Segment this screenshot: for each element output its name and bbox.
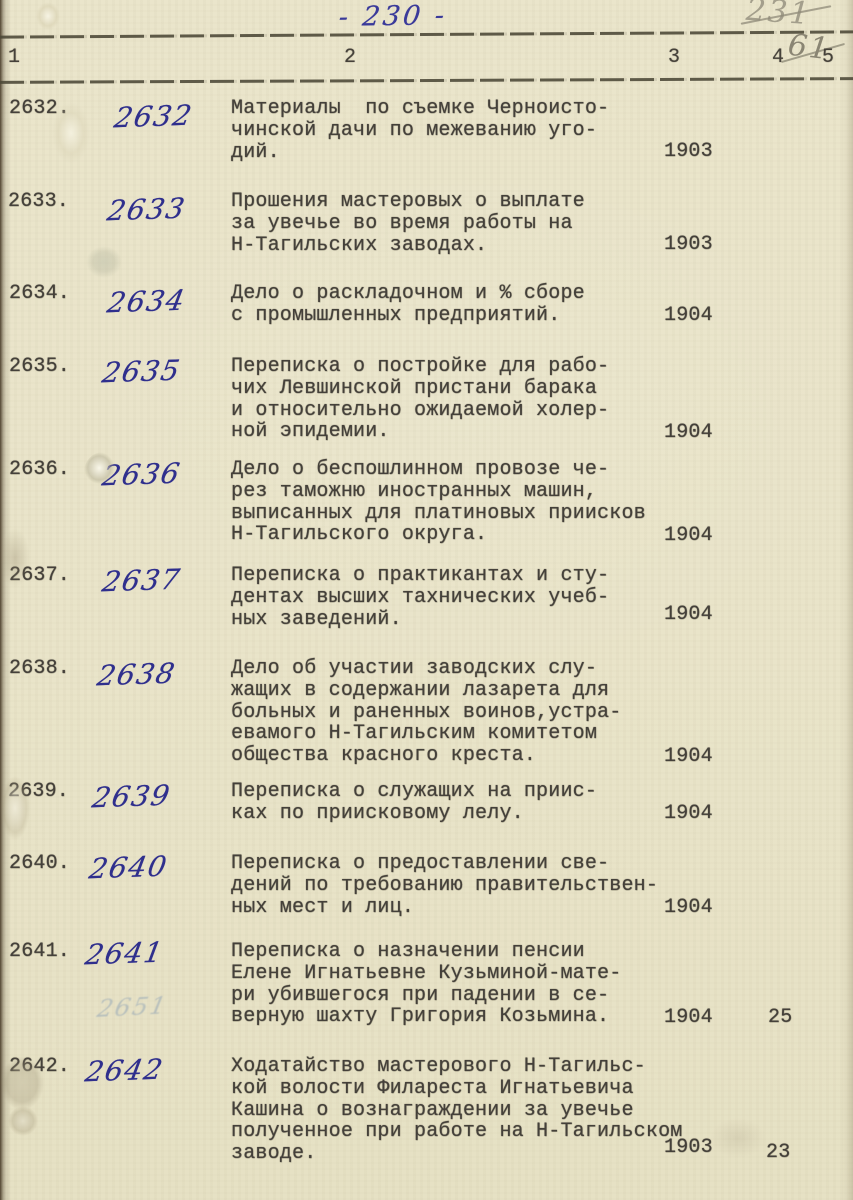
paper-stain — [710, 1118, 766, 1158]
entry-description: Дело об участии заводских слу- жащих в с… — [231, 658, 621, 767]
entry-year: 1904 — [664, 746, 713, 768]
entry-year: 1904 — [664, 525, 713, 547]
entry-extra-number: 25 — [768, 1007, 792, 1029]
entry-description: Переписка о предоставлении све- дений по… — [231, 853, 658, 918]
entry-year: 1903 — [664, 141, 713, 163]
entry-number-handwritten: 2636 — [100, 457, 184, 493]
entry-number-typed: 2634. — [9, 283, 70, 305]
entry-description: Переписка о назначении пенсии Елене Игна… — [231, 941, 621, 1028]
entry-description: Дело о беспошлинном провозе че- рез тамо… — [231, 459, 646, 546]
entry-number-typed: 2641. — [9, 941, 70, 963]
entry-description: Дело о раскладочном и % сборе с промышле… — [231, 283, 585, 327]
column-header-1: 1 — [8, 46, 20, 69]
entry-number-handwritten: 2641 — [83, 936, 167, 972]
entry-number-typed: 2637. — [9, 565, 70, 587]
entry-number-handwritten: 2639 — [90, 779, 174, 815]
entry-year: 1903 — [664, 1137, 713, 1159]
entry-description: Переписка о постройке для рабо- чих Левш… — [231, 356, 609, 443]
column-header-5: 5 — [822, 46, 834, 69]
entry-year: 1904 — [664, 1007, 713, 1029]
entry-number-typed: 2633. — [8, 191, 69, 213]
entry-number-typed: 2636. — [9, 459, 70, 481]
entry-number-typed: 2635. — [9, 356, 70, 378]
entry-number-handwritten: 2633 — [105, 192, 189, 228]
entry-year: 1904 — [664, 422, 713, 444]
entry-number-handwritten: 2642 — [83, 1053, 167, 1089]
entry-number-handwritten: 2640 — [87, 850, 171, 886]
scanned-inventory-page: - 230 - 231 61 1 2 3 4 5 2632. 2632 Мате… — [0, 0, 853, 1200]
column-header-4: 4 — [772, 46, 784, 69]
entry-extra-number: 23 — [766, 1142, 790, 1164]
entry-number-typed: 2632. — [9, 98, 70, 120]
entry-number-handwritten: 2634 — [105, 284, 189, 320]
entry-year: 1904 — [664, 604, 713, 626]
entry-description: Переписка о практикантах и сту- дентах в… — [231, 565, 609, 630]
page-number-handwritten: - 230 - — [306, 0, 480, 33]
ghost-bleedthrough-number: 2651 — [95, 991, 170, 1023]
paper-stain — [8, 1106, 38, 1136]
ruled-line-top — [0, 30, 853, 38]
entry-year: 1903 — [664, 234, 713, 256]
entry-number-handwritten: 2635 — [100, 354, 184, 390]
entry-number-handwritten: 2638 — [95, 657, 179, 693]
entry-number-typed: 2639. — [8, 781, 69, 803]
entry-number-typed: 2638. — [9, 658, 70, 680]
entry-description: Прошения мастеровых о выплате за увечье … — [231, 191, 585, 256]
entry-year: 1904 — [664, 305, 713, 327]
ruled-line-bottom — [0, 77, 853, 84]
entry-description: Переписка о служащих на приис- ках по пр… — [231, 781, 597, 825]
entry-description: Материалы по съемке Черноисто- чинской д… — [231, 98, 609, 163]
paper-stain — [36, 2, 60, 30]
entry-year: 1904 — [664, 803, 713, 825]
entry-number-handwritten: 2637 — [100, 563, 184, 599]
paper-stain — [86, 246, 122, 278]
entry-number-typed: 2642. — [9, 1056, 70, 1078]
entry-year: 1904 — [664, 897, 713, 919]
entry-number-handwritten: 2632 — [112, 99, 196, 135]
column-header-3: 3 — [668, 46, 680, 69]
column-header-2: 2 — [344, 46, 356, 69]
entry-number-typed: 2640. — [9, 853, 70, 875]
entry-description: Ходатайство мастерового Н-Тагильс- кой в… — [231, 1056, 682, 1165]
